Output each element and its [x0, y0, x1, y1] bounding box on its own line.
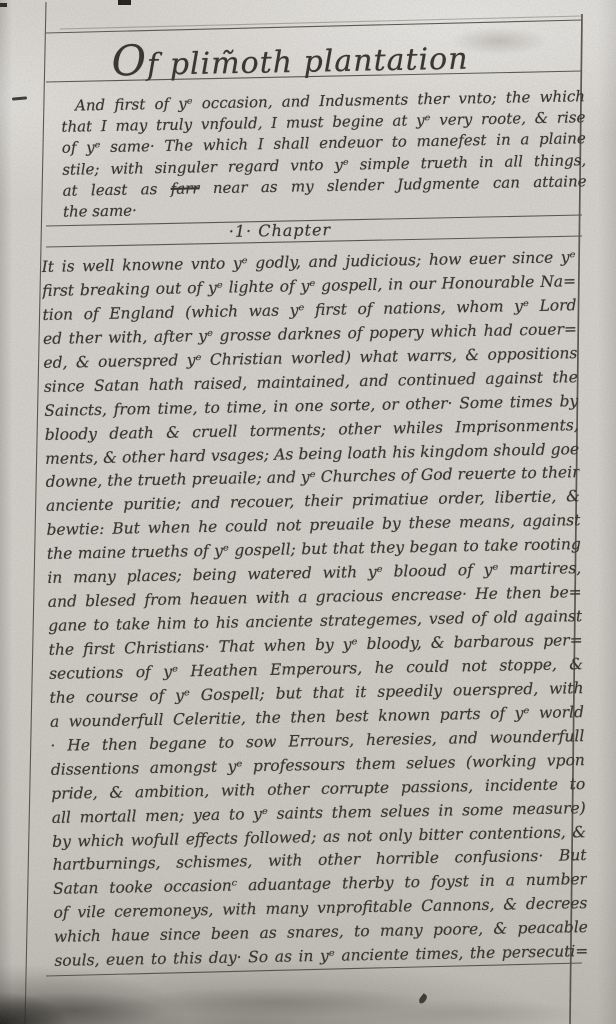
- preface-paragraph: And first of yᵉ occasion, and Indusments…: [61, 86, 587, 223]
- corner-shadow: [0, 969, 110, 1024]
- manuscript-photo: Of plim̃oth plantation And first of yᵉ o…: [0, 0, 616, 1024]
- film-edge-mark: [118, 0, 131, 5]
- chapter-text-paragraph: It is well knowne vnto yᵉ godly, and jud…: [41, 246, 588, 974]
- rule-title-top-double: [60, 16, 582, 29]
- rule-left-vertical: [25, 2, 46, 1024]
- page-edge-mark: [0, 3, 7, 7]
